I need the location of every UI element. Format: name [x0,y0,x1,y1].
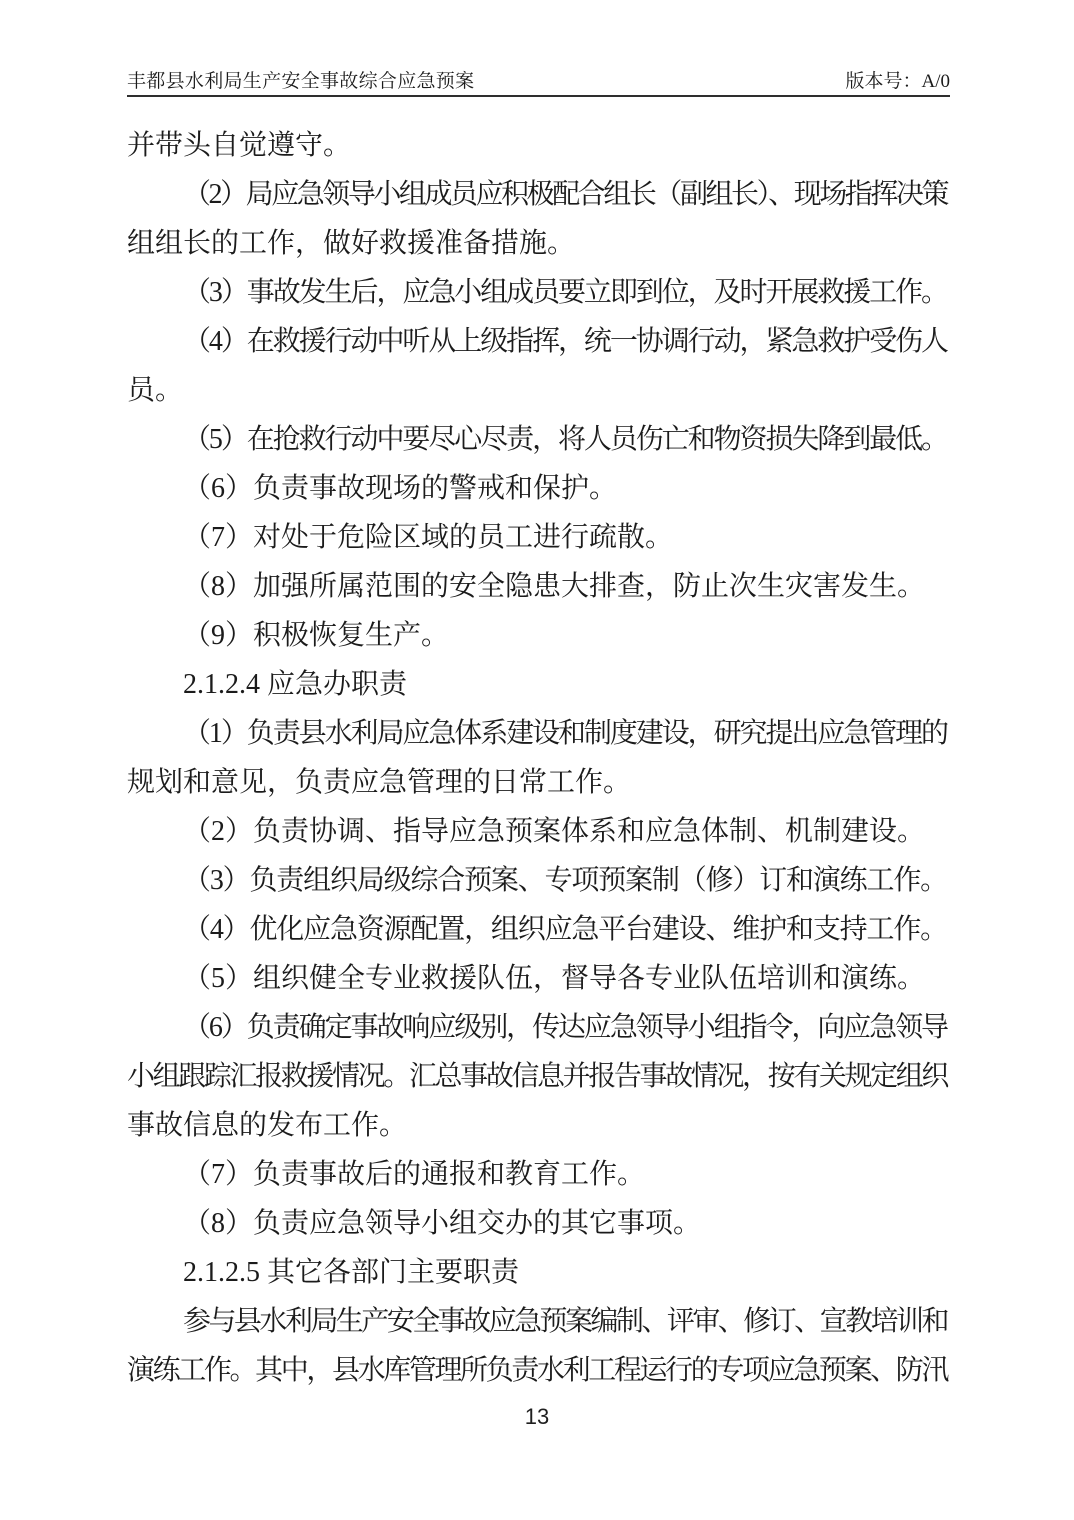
header-title: 丰都县水利局生产安全事故综合应急预案 [127,71,474,93]
document-page: 丰都县水利局生产安全事故综合应急预案 版本号：A/0 并带头自觉遵守。（2）局应… [0,0,1074,1520]
paragraph-line: （3）事故发生后，应急小组成员要立即到位，及时开展救援工作。 [127,268,947,317]
paragraph-line: 并带头自觉遵守。 [127,121,947,170]
section-heading-line: 2.1.2.4 应急办职责 [127,660,947,709]
paragraph-line: （4）在救援行动中听从上级指挥，统一协调行动，紧急救护受伤人 [127,317,947,366]
paragraph-line: 事故信息的发布工作。 [127,1101,947,1150]
paragraph-line: （6）负责事故现场的警戒和保护。 [127,464,947,513]
paragraph-line: （8）加强所属范围的安全隐患大排查，防止次生灾害发生。 [127,562,947,611]
document-body: 并带头自觉遵守。（2）局应急领导小组成员应积极配合组长（副组长）、现场指挥决策组… [127,121,947,1395]
paragraph-line: （5）组织健全专业救援队伍，督导各专业队伍培训和演练。 [127,954,947,1003]
paragraph-line: （8）负责应急领导小组交办的其它事项。 [127,1199,947,1248]
paragraph-line: 小组跟踪汇报救援情况。汇总事故信息并报告事故情况，按有关规定组织 [127,1052,947,1101]
paragraph-line: （6）负责确定事故响应级别，传达应急领导小组指令，向应急领导 [127,1003,947,1052]
paragraph-line: 参与县水利局生产安全事故应急预案编制、评审、修订、宣教培训和 [127,1297,947,1346]
paragraph-line: （3）负责组织局级综合预案、专项预案制（修）订和演练工作。 [127,856,947,905]
paragraph-line: （2）局应急领导小组成员应积极配合组长（副组长）、现场指挥决策 [127,170,947,219]
paragraph-line: （7）对处于危险区域的员工进行疏散。 [127,513,947,562]
paragraph-line: （1）负责县水利局应急体系建设和制度建设，研究提出应急管理的 [127,709,947,758]
paragraph-line: 组组长的工作，做好救援准备措施。 [127,219,947,268]
paragraph-line: （5）在抢救行动中要尽心尽责，将人员伤亡和物资损失降到最低。 [127,415,947,464]
paragraph-line: 员。 [127,366,947,415]
page-number: 13 [0,1404,1074,1430]
paragraph-line: （9）积极恢复生产。 [127,611,947,660]
paragraph-line: （4）优化应急资源配置，组织应急平台建设、维护和支持工作。 [127,905,947,954]
header-rule [127,95,950,97]
paragraph-line: 演练工作。其中，县水库管理所负责水利工程运行的专项应急预案、防汛 [127,1346,947,1395]
section-heading-line: 2.1.2.5 其它各部门主要职责 [127,1248,947,1297]
paragraph-line: 规划和意见，负责应急管理的日常工作。 [127,758,947,807]
paragraph-line: （2）负责协调、指导应急预案体系和应急体制、机制建设。 [127,807,947,856]
header-version-label: 版本号：A/0 [845,71,950,93]
paragraph-line: （7）负责事故后的通报和教育工作。 [127,1150,947,1199]
